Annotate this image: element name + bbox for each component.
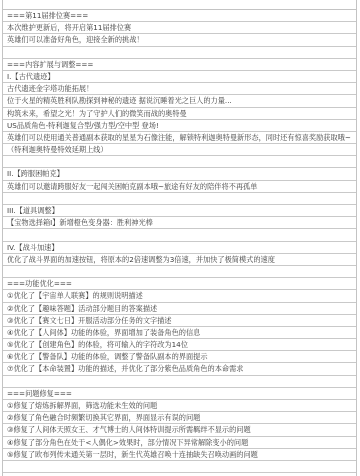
table-row: ①优化了【宇宙单人联赛】的规则说明描述 (3, 290, 356, 302)
table-row: 古代遗迹金字塔功能拓展！ (3, 83, 356, 95)
table-row: ⑥优化了【警备队】功能的体验，调整了警备队副本的界面提示 (3, 351, 356, 363)
table-row: ⑤修复了欧布列传未通关第一层时，新生代英雄召唤十连抽缺失召唤动画的问题 (3, 449, 356, 461)
table-row: ⑤优化了【创建角色】的体验，将可输入的字符改为14位 (3, 339, 356, 351)
table-row: ⑦优化了【本命装置】功能的描述，并优化了部分紫色品质角色的本命需求 (3, 363, 356, 375)
table-row-blank (3, 229, 356, 241)
table-row-blank (3, 376, 356, 388)
table-row: I.【古代遗迹】 (3, 71, 356, 83)
table-row-blank (3, 266, 356, 278)
table-row: ===问题修复=== (3, 388, 356, 400)
table-row: ===内容扩展与调整=== (3, 59, 356, 71)
rows-container: ===第11届排位赛===本次维护更新后，将开启第11届排位赛英雄们可以准备好角… (3, 10, 356, 473)
table-row: II.【跨服困帕克】 (3, 168, 356, 180)
table-row-blank (3, 461, 356, 473)
table-row: ===第11届排位赛=== (3, 10, 356, 22)
table-row: 位于火星的精英胜利队勘探到神秘的遗迹 据说沉睡着光之巨人的力量... (3, 95, 356, 107)
table-row: 英雄们可以准备好角色，迎接全新的挑战！ (3, 34, 356, 46)
table-row: ④优化了【人间体】功能的体验，界面增加了装备角色的信息 (3, 327, 356, 339)
table-row: 优化了战斗界面的加速按钮，将原本的2倍速调整为3倍速，并加快了极简模式的速度 (3, 254, 356, 266)
table-row: ④修复了部分角色在处于<人偶化>效果时，部分情况下异常解除变小的问题 (3, 437, 356, 449)
table-row: ②优化了【趣味答题】活动部分题目的答案描述 (3, 303, 356, 315)
top-partial-row (3, 0, 356, 10)
patch-notes-sheet: ===第11届排位赛===本次维护更新后，将开启第11届排位赛英雄们可以准备好角… (2, 0, 357, 476)
table-row: ③优化了【赛文七日】开服活动部分任务的文字描述 (3, 315, 356, 327)
table-row: ===功能优化=== (3, 278, 356, 290)
table-row: 【宝物选择箱I】新增橙色变身器：胜利神光棒 (3, 217, 356, 229)
table-row: ②修复了角色融合时频繁切换其它界面，界面显示有误的问题 (3, 412, 356, 424)
table-row: ③修复了人间体天照女王、才气博士的人间体特训提示所需羁绊不显示的问题 (3, 424, 356, 436)
table-row: 构筑未来，希望之光！为了守护人们的微笑而战的奥特曼 (3, 108, 356, 120)
table-row: （特利迦奥特曼特效延期上线） (3, 144, 356, 156)
table-row-blank (3, 193, 356, 205)
table-row: ①修复了熔炼拆解界面，筛选功能未生效的问题 (3, 400, 356, 412)
table-row: 英雄们可以邀请跨服好友一起闯关困帕克副本哦~旅途有好友的陪伴将不再孤单 (3, 181, 356, 193)
table-row: US品质角色-特利迦复合型/强力型/空中型 登场! (3, 120, 356, 132)
table-row: 英雄们可以使用通关普通副本获取的星星为石像注能，解锁特利迦奥特曼新形态，同时还有… (3, 132, 356, 144)
table-row: 本次维护更新后，将开启第11届排位赛 (3, 22, 356, 34)
table-row: IV.【战斗加速】 (3, 242, 356, 254)
table-row: III.【道具调整】 (3, 205, 356, 217)
table-row-blank (3, 47, 356, 59)
table-row-blank (3, 156, 356, 168)
